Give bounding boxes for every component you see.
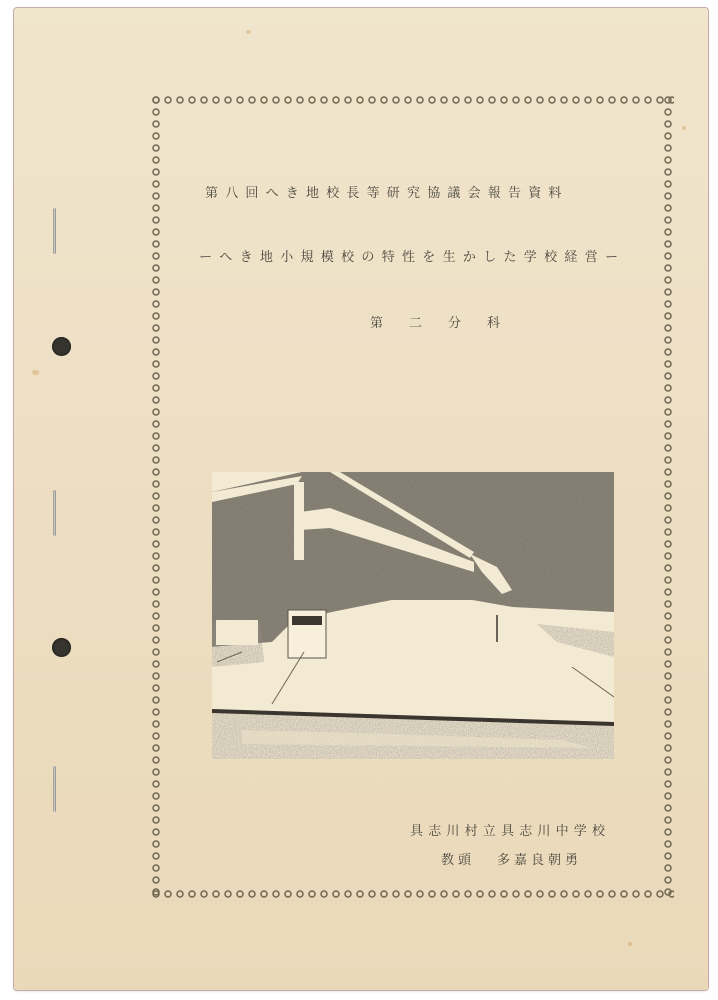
punch-hole-icon [52, 638, 71, 657]
school-photograph [212, 472, 614, 759]
document-title: 第八回へき地校長等研究協議会報告資料 [205, 182, 569, 201]
staple-icon [53, 490, 56, 536]
author-name: 多嘉良朝勇 [497, 853, 582, 868]
punch-hole-icon [52, 337, 71, 356]
author-role: 教頭 [441, 853, 475, 868]
staple-icon [53, 766, 56, 812]
border-left [150, 94, 162, 900]
stain [32, 370, 39, 375]
staple-icon [53, 208, 56, 254]
border-right [662, 94, 674, 900]
school-name: 具志川村立具志川中学校 [410, 820, 610, 839]
section-label: 第二分科 [370, 312, 526, 331]
stain [628, 942, 632, 946]
stain [682, 126, 686, 130]
border-bottom [150, 888, 674, 900]
author-line: 教頭多嘉良朝勇 [441, 849, 582, 868]
stain [246, 30, 251, 34]
border-top [150, 94, 674, 106]
photograph-icon [212, 472, 614, 759]
document-subtitle: ーへき地小規模校の特性を生かした学校経営ー [199, 246, 625, 265]
